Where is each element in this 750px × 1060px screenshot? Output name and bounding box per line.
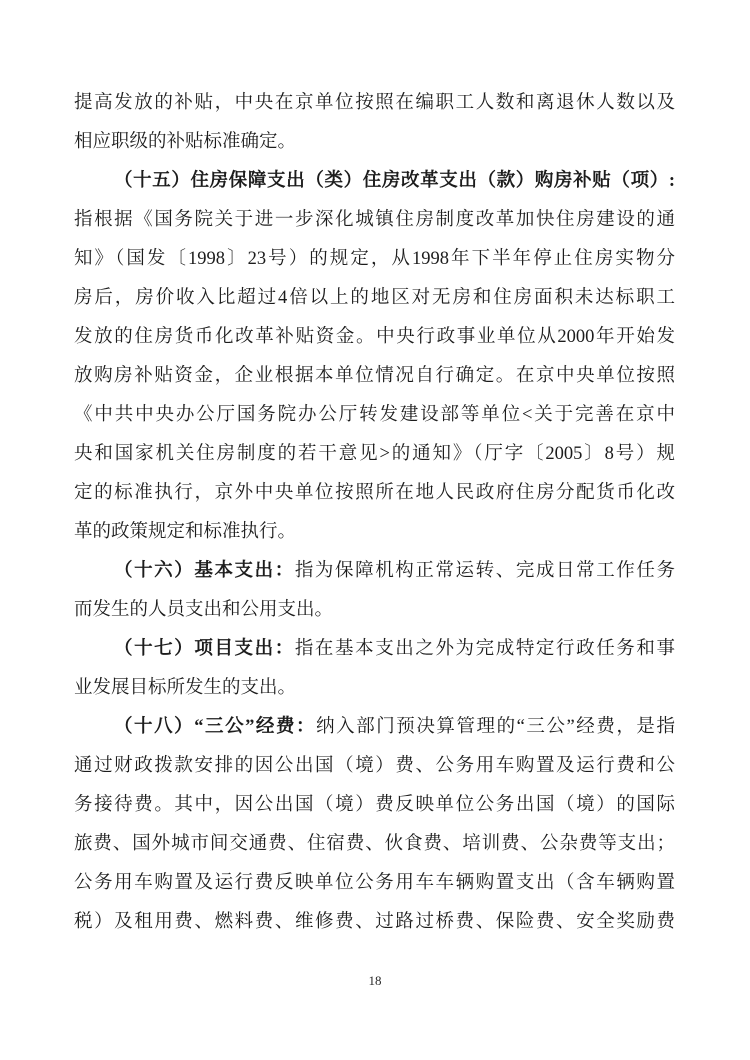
text-line: 知》（国发〔1998〕23号）的规定，从1998年下半年停止住房实物分	[74, 240, 675, 279]
text-line: （十八）“三公”经费：纳入部门预决算管理的“三公”经费，是指	[74, 708, 675, 747]
paragraph-text: 务接待费。其中，因公出国（境）费反映单位公务出国（境）的国际	[74, 795, 675, 815]
text-line: 而发生的人员支出和公用支出。	[74, 591, 675, 630]
paragraph-text: 纳入部门预决算管理的“三公”经费，是指	[316, 717, 675, 737]
paragraph-text: 税）及租用费、燃料费、维修费、过路过桥费、保险费、安全奖励费	[74, 912, 675, 932]
paragraph-text: 革的政策规定和标准执行。	[74, 522, 296, 542]
paragraph-text: 央和国家机关住房制度的若干意见>的通知》（厅字〔2005〕8号）规	[74, 444, 675, 464]
text-line: 定的标准执行，京外中央单位按照所在地人民政府住房分配货币化改	[74, 474, 675, 513]
text-line: 税）及租用费、燃料费、维修费、过路过桥费、保险费、安全奖励费	[74, 903, 675, 942]
paragraph-text: 业发展目标所发生的支出。	[74, 678, 296, 698]
paragraph-text: 指为保障机构正常运转、完成日常工作任务	[295, 561, 675, 581]
term-heading: （十八）“三公”经费：	[114, 717, 316, 737]
term-heading: （十五）住房保障支出（类）住房改革支出（款）购房补贴（项）:	[114, 171, 675, 191]
text-line: 指根据《国务院关于进一步深化城镇住房制度改革加快住房建设的通	[74, 201, 675, 240]
document-body: 提高发放的补贴，中央在京单位按照在编职工人数和离退休人数以及相应职级的补贴标准确…	[74, 84, 675, 942]
paragraph-text: 而发生的人员支出和公用支出。	[74, 600, 333, 620]
term-heading: （十六）基本支出：	[114, 561, 295, 581]
paragraph-text: 定的标准执行，京外中央单位按照所在地人民政府住房分配货币化改	[74, 483, 675, 503]
paragraph-text: 《中共中央办公厅国务院办公厅转发建设部等单位<关于完善在京中	[74, 405, 675, 425]
paragraph-text: 知》（国发〔1998〕23号）的规定，从1998年下半年停止住房实物分	[74, 249, 675, 269]
paragraph-text: 通过财政拨款安排的因公出国（境）费、公务用车购置及运行费和公	[74, 756, 675, 776]
text-line: （十六）基本支出：指为保障机构正常运转、完成日常工作任务	[74, 552, 675, 591]
text-line: 发放的住房货币化改革补贴资金。中央行政事业单位从2000年开始发	[74, 318, 675, 357]
text-line: 相应职级的补贴标准确定。	[74, 123, 675, 162]
text-line: 公务用车购置及运行费反映单位公务用车车辆购置支出（含车辆购置	[74, 864, 675, 903]
text-line: 《中共中央办公厅国务院办公厅转发建设部等单位<关于完善在京中	[74, 396, 675, 435]
text-line: 央和国家机关住房制度的若干意见>的通知》（厅字〔2005〕8号）规	[74, 435, 675, 474]
text-line: 提高发放的补贴，中央在京单位按照在编职工人数和离退休人数以及	[74, 84, 675, 123]
text-line: 业发展目标所发生的支出。	[74, 669, 675, 708]
text-line: 通过财政拨款安排的因公出国（境）费、公务用车购置及运行费和公	[74, 747, 675, 786]
text-line: 革的政策规定和标准执行。	[74, 513, 675, 552]
text-line: （十七）项目支出：指在基本支出之外为完成特定行政任务和事	[74, 630, 675, 669]
paragraph-text: 指在基本支出之外为完成特定行政任务和事	[295, 639, 675, 659]
page-number: 18	[0, 970, 750, 992]
paragraph-text: 房后，房价收入比超过4倍以上的地区对无房和住房面积未达标职工	[74, 288, 675, 308]
term-heading: （十七）项目支出：	[114, 639, 295, 659]
paragraph-text: 提高发放的补贴，中央在京单位按照在编职工人数和离退休人数以及	[74, 93, 675, 113]
paragraph-text: 指根据《国务院关于进一步深化城镇住房制度改革加快住房建设的通	[74, 210, 675, 230]
text-line: （十五）住房保障支出（类）住房改革支出（款）购房补贴（项）:	[74, 162, 675, 201]
paragraph-text: 相应职级的补贴标准确定。	[74, 132, 296, 152]
text-line: 旅费、国外城市间交通费、住宿费、伙食费、培训费、公杂费等支出；	[74, 825, 675, 864]
paragraph-text: 公务用车购置及运行费反映单位公务用车车辆购置支出（含车辆购置	[74, 873, 675, 893]
paragraph-text: 旅费、国外城市间交通费、住宿费、伙食费、培训费、公杂费等支出；	[74, 834, 675, 854]
document-page: 提高发放的补贴，中央在京单位按照在编职工人数和离退休人数以及相应职级的补贴标准确…	[0, 0, 750, 1060]
paragraph-text: 放购房补贴资金，企业根据本单位情况自行确定。在京中央单位按照	[74, 366, 675, 386]
text-line: 放购房补贴资金，企业根据本单位情况自行确定。在京中央单位按照	[74, 357, 675, 396]
text-line: 务接待费。其中，因公出国（境）费反映单位公务出国（境）的国际	[74, 786, 675, 825]
paragraph-text: 发放的住房货币化改革补贴资金。中央行政事业单位从2000年开始发	[74, 327, 675, 347]
text-line: 房后，房价收入比超过4倍以上的地区对无房和住房面积未达标职工	[74, 279, 675, 318]
